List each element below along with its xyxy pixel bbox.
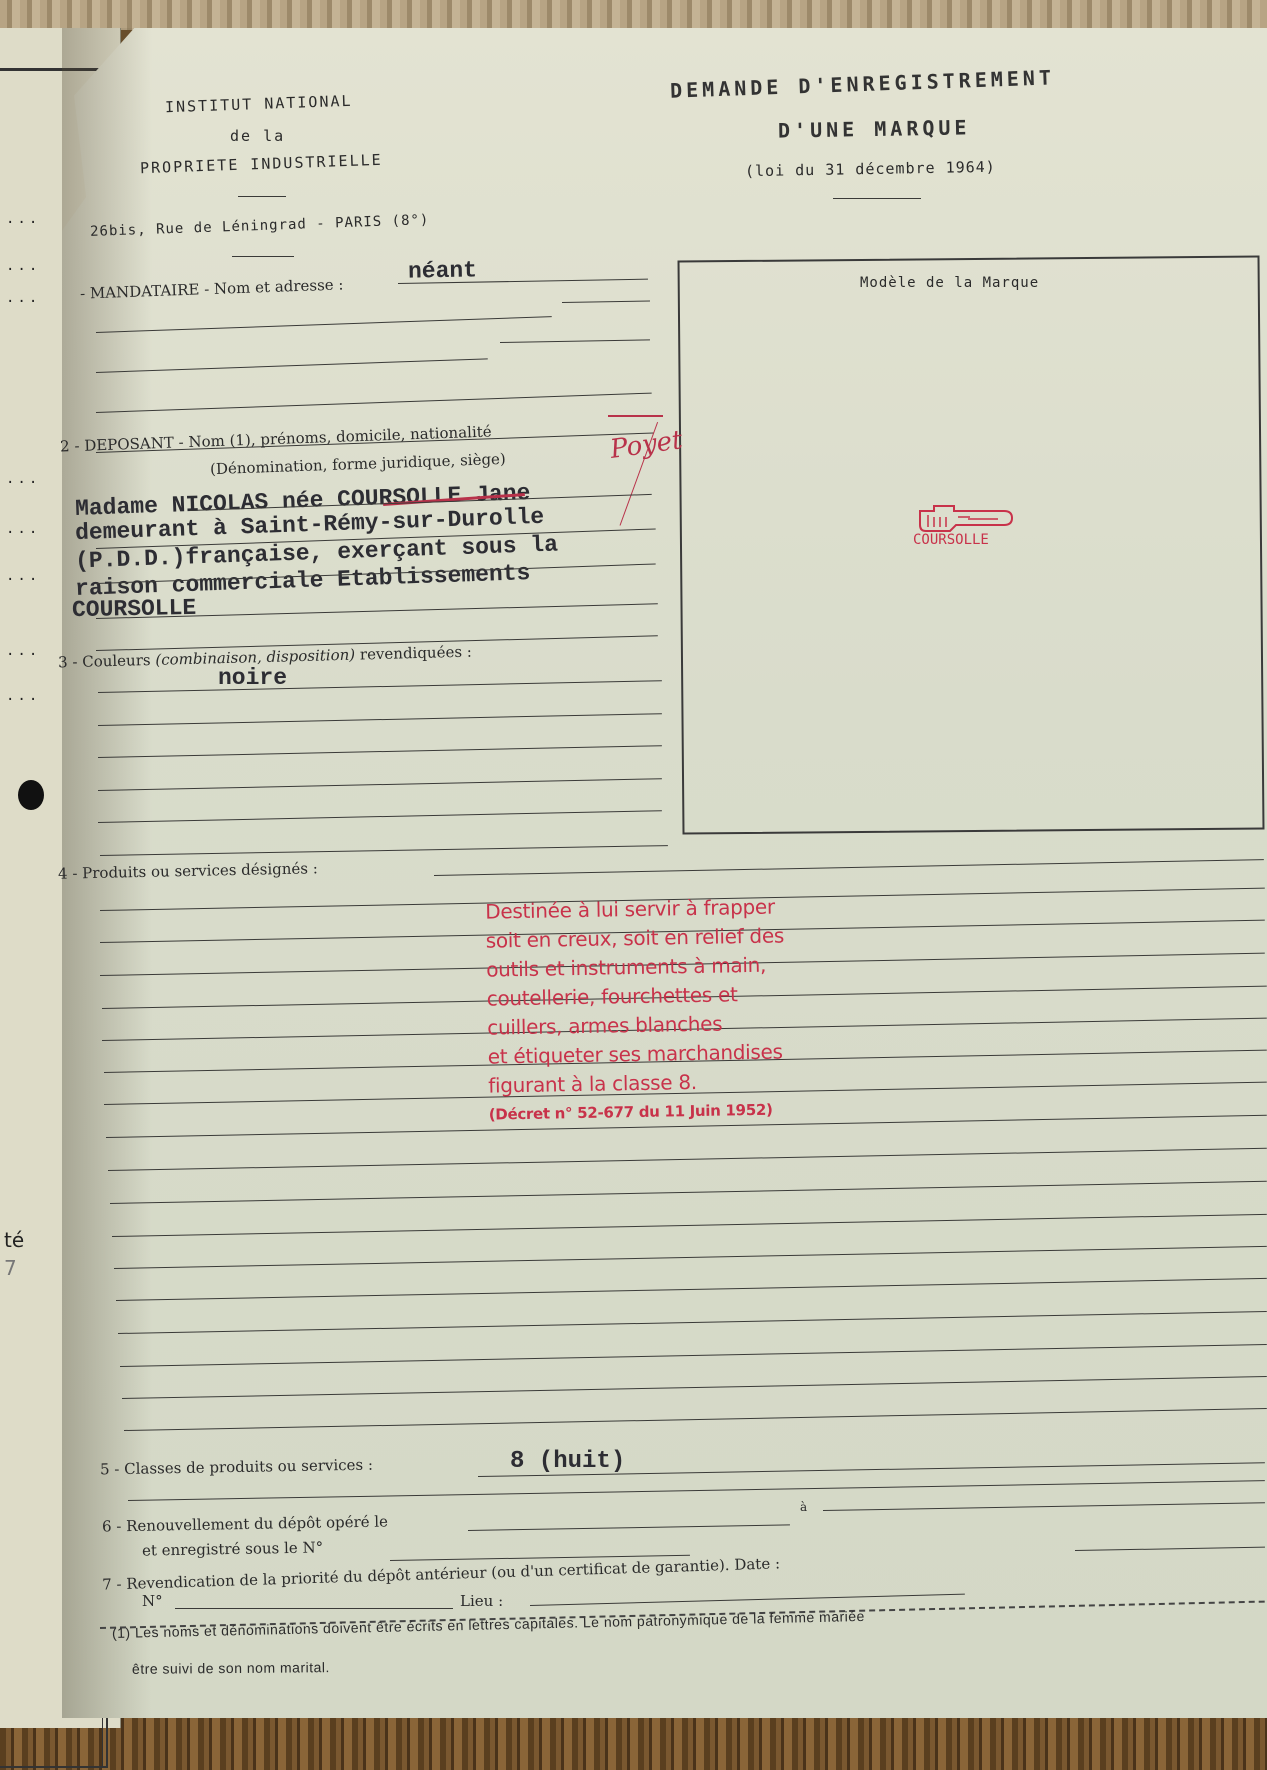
stamp-line: (Décret n° 52-677 du 11 Juin 1952) bbox=[489, 1095, 789, 1129]
revendication-place-label: Lieu : bbox=[460, 1592, 503, 1610]
divider bbox=[232, 256, 294, 257]
form-title-line2: D'UNE MARQUE bbox=[778, 115, 971, 142]
revendication-number-label: N° bbox=[142, 1592, 163, 1610]
background-wood-top bbox=[0, 0, 1267, 30]
dot-leader: ... bbox=[6, 211, 40, 227]
classes-value[interactable]: 8 (huit) bbox=[510, 1448, 625, 1475]
stamp-line: et étiqueter ses marchandises bbox=[488, 1037, 788, 1071]
couleurs-label-prefix: 3 - Couleurs bbox=[58, 651, 151, 671]
couleurs-label-suffix: revendiquées : bbox=[360, 643, 472, 664]
left-page-text-fragment: 7 bbox=[4, 1256, 17, 1280]
institute-name-line2: de la bbox=[230, 127, 285, 145]
dot-leader: ... bbox=[6, 521, 40, 537]
dot-leader: ... bbox=[6, 643, 40, 659]
left-page-text-fragment: té bbox=[4, 1228, 24, 1252]
goods-description-stamp: Destinée à lui servir à frapper soit en … bbox=[485, 892, 789, 1129]
divider bbox=[238, 196, 286, 197]
renouvellement-at-label: à bbox=[800, 1500, 807, 1514]
mark-model-label: Modèle de la Marque bbox=[860, 275, 1039, 291]
dot-leader: ... bbox=[6, 568, 40, 584]
deposant-value-line5[interactable]: COURSOLLE bbox=[72, 595, 197, 623]
mark-stamp-text: COURSOLLE bbox=[913, 532, 989, 548]
dot-leader: ... bbox=[6, 290, 40, 306]
stamp-line: outils et instruments à main, bbox=[486, 950, 786, 984]
dot-leader: ... bbox=[6, 258, 40, 274]
divider bbox=[833, 198, 921, 199]
mandataire-value[interactable]: néant bbox=[408, 257, 477, 284]
revendication-number-field[interactable] bbox=[175, 1608, 453, 1609]
footnote-line2: être suivi de son nom marital. bbox=[132, 1659, 330, 1677]
wrench-logo-icon bbox=[918, 503, 1014, 533]
couleurs-value[interactable]: noire bbox=[218, 665, 287, 691]
punch-hole bbox=[18, 780, 44, 810]
dot-leader: ... bbox=[6, 471, 40, 487]
dot-leader: ... bbox=[6, 688, 40, 704]
enregistre-label: et enregistré sous le N° bbox=[142, 1538, 323, 1559]
